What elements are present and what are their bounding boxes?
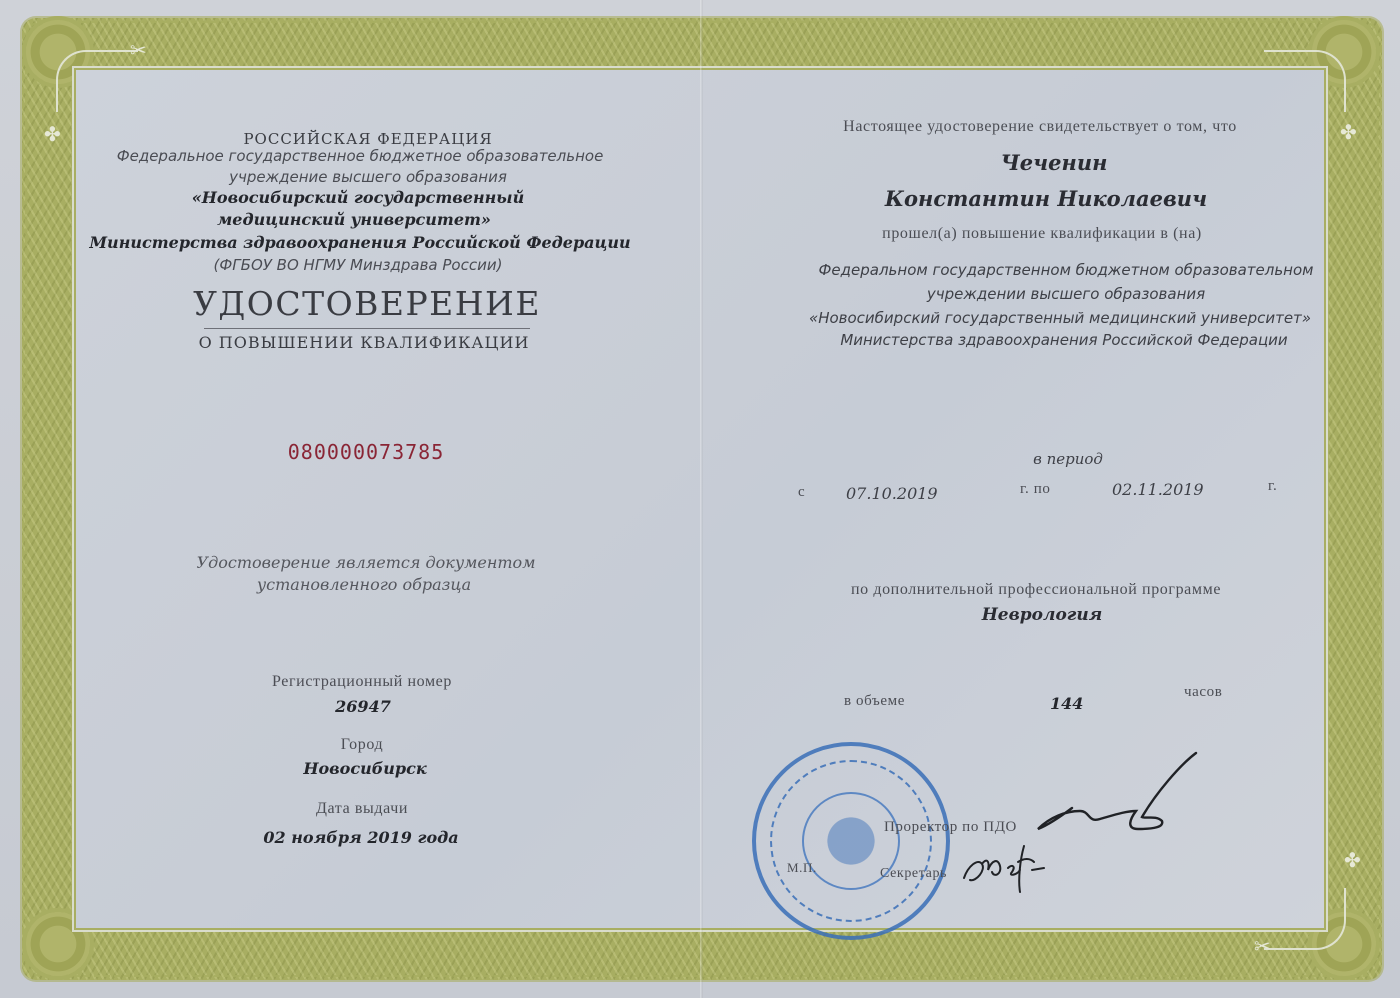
bow-ornament-icon: ✤	[1340, 122, 1357, 142]
signature-prorector-icon	[1030, 745, 1200, 840]
completed-text: прошел(а) повышение квалификации в (на)	[882, 225, 1202, 243]
org-line3: «Новосибирский государственный медицинск…	[809, 309, 1311, 327]
certificate-title: УДОСТОВЕРЕНИЕ	[193, 284, 541, 323]
institution-name-line2: медицинский университет»	[217, 210, 491, 229]
from-label: с	[798, 484, 805, 501]
year-suffix: г.	[1268, 478, 1277, 495]
to-label: г. по	[1020, 481, 1051, 498]
city-value: Новосибирск	[303, 759, 426, 778]
hours-label: часов	[1184, 684, 1222, 701]
registration-number: 26947	[335, 697, 391, 716]
institution-abbreviation: (ФГБОУ ВО НГМУ Минздрава России)	[214, 256, 503, 274]
org-line1: Федеральном государственном бюджетном об…	[819, 261, 1314, 279]
holder-surname: Чеченин	[1001, 150, 1108, 175]
holder-given-names: Константин Николаевич	[885, 186, 1207, 211]
issue-date-value: 02 ноября 2019 года	[263, 828, 458, 847]
corner-flourish	[1264, 50, 1346, 112]
bow-ornament-icon: ✤	[1344, 850, 1361, 870]
period-label: в период	[1033, 450, 1103, 468]
seal-label: М.П.	[787, 860, 817, 876]
signature-secretary-icon	[958, 840, 1048, 900]
org-line4: Министерства здравоохранения Российской …	[840, 331, 1287, 349]
org-line2: учреждении высшего образования	[927, 285, 1205, 303]
hours-value: 144	[1050, 694, 1083, 713]
institution-type-line2: учреждение высшего образования	[229, 168, 507, 186]
corner-flourish	[1264, 888, 1346, 950]
title-divider	[204, 328, 530, 329]
program-name: Неврология	[982, 605, 1103, 625]
institution-name-line1: «Новосибирский государственный	[192, 188, 524, 207]
validity-note-line1: Удостоверение является документом	[197, 553, 536, 572]
bow-ornament-icon: ✤	[44, 124, 61, 144]
issue-date-label: Дата выдачи	[316, 800, 408, 818]
signer2-title: Секретарь	[880, 866, 947, 882]
official-seal-stamp	[752, 742, 950, 940]
ministry-line: Министерства здравоохранения Российской …	[89, 233, 630, 252]
certificate-subtitle: О ПОВЫШЕНИИ КВАЛИФИКАЦИИ	[199, 333, 530, 352]
signer1-title: Проректор по ПДО	[884, 819, 1017, 836]
bow-ornament-icon: ✂	[1254, 936, 1271, 956]
date-from: 07.10.2019	[846, 484, 938, 503]
country-heading: РОССИЙСКАЯ ФЕДЕРАЦИЯ	[243, 130, 492, 148]
corner-flourish	[56, 50, 138, 112]
program-label: по дополнительной профессиональной прогр…	[851, 581, 1221, 599]
institution-type-line1: Федеральное государственное бюджетное об…	[117, 147, 604, 165]
registration-label: Регистрационный номер	[272, 673, 452, 691]
serial-number: 080000073785	[288, 440, 445, 464]
page-fold	[700, 0, 703, 998]
bow-ornament-icon: ✂	[130, 40, 147, 60]
date-to: 02.11.2019	[1112, 480, 1204, 499]
intro-text: Настоящее удостоверение свидетельствует …	[843, 118, 1237, 136]
volume-label: в объеме	[844, 693, 905, 710]
validity-note-line2: установленного образца	[257, 575, 471, 594]
city-label: Город	[341, 736, 384, 754]
